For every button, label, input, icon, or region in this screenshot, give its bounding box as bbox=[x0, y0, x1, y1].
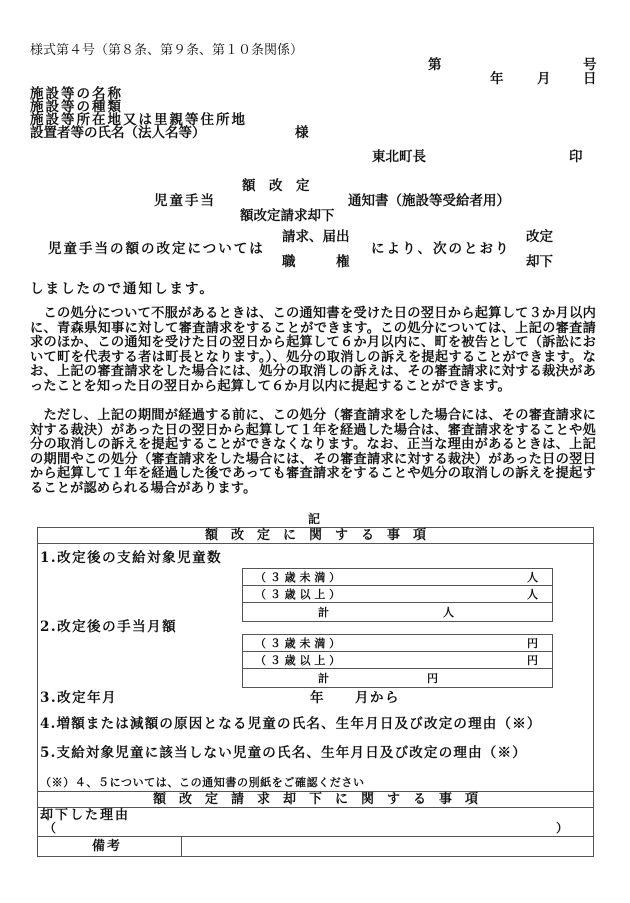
reason-paren-close: ） bbox=[556, 822, 568, 834]
lead-text-2: により、次のとおり bbox=[371, 243, 511, 257]
field-founder-name: 設置者等の氏名（法人名等） bbox=[30, 127, 206, 140]
row-divider bbox=[242, 651, 553, 652]
amount-over3-unit: 円 bbox=[527, 655, 538, 666]
lead-result-reject: 却下 bbox=[526, 256, 553, 270]
title-prefix: 児童手当 bbox=[154, 195, 216, 209]
item5-label: 5.支給対象児童に該当しない児童の氏名、生年月日及び改定の理由（※） bbox=[40, 747, 527, 761]
revision-header: 額 改 定 に 関 す る 事 項 bbox=[37, 529, 594, 542]
ki-label: 記 bbox=[308, 513, 320, 525]
revision-header-divider bbox=[37, 543, 594, 544]
row-divider bbox=[242, 602, 553, 603]
item1-label: 1.改定後の支給対象児童数 bbox=[40, 552, 222, 566]
item3-month-from: 月から bbox=[355, 692, 400, 706]
title-option-rejection: 額改定請求却下 bbox=[240, 210, 335, 224]
doc-number-prefix: 第 bbox=[428, 59, 442, 73]
item4-label: 4.増額または減額の原因となる児童の氏名、生年月日及び改定の理由（※） bbox=[40, 718, 542, 732]
remarks-label: 備考 bbox=[92, 840, 122, 853]
item2-label: 2.改定後の手当月額 bbox=[40, 621, 177, 635]
count-over3-label: （ ３ 歳 以 上 ） bbox=[255, 589, 340, 600]
title-suffix: 通知書（施設等受給者用） bbox=[348, 195, 510, 209]
lead-basis-request: 請求、届出 bbox=[282, 231, 350, 245]
appeal-paragraph-1: この処分について不服があるときは、この通知書を受けた日の翌日から起算して３か月以… bbox=[30, 307, 596, 395]
honorific: 様 bbox=[295, 127, 309, 141]
amount-total-label: 計 bbox=[318, 673, 329, 684]
row-divider bbox=[242, 585, 553, 586]
lead-text-1: 児童手当の額の改定については bbox=[48, 243, 265, 257]
row-divider bbox=[242, 668, 553, 669]
count-total-label: 計 bbox=[318, 607, 329, 618]
count-over3-unit: 人 bbox=[527, 589, 538, 600]
date-day: 日 bbox=[583, 73, 597, 87]
footnote: （※）４、５については、この通知書の別紙をご確認ください bbox=[40, 777, 365, 788]
amount-total-unit: 円 bbox=[427, 673, 438, 684]
amount-over3-label: （ ３ 歳 以 上 ） bbox=[255, 655, 340, 666]
count-under3-unit: 人 bbox=[527, 572, 538, 583]
reason-paren-open: （ bbox=[44, 822, 56, 834]
lead-basis-authority: 職 権 bbox=[282, 256, 350, 270]
rejection-reason-divider bbox=[37, 836, 594, 837]
date-month: 月 bbox=[537, 73, 551, 87]
amount-under3-label: （ ３ 歳 未 満 ） bbox=[255, 638, 340, 649]
date-year: 年 bbox=[490, 73, 504, 87]
count-under3-label: （ ３ 歳 未 満 ） bbox=[255, 572, 340, 583]
issuer-seal: 印 bbox=[569, 151, 583, 165]
count-total-unit: 人 bbox=[443, 607, 454, 618]
lead-text-3: しましたので通知します。 bbox=[30, 283, 215, 297]
remarks-field[interactable] bbox=[185, 838, 589, 854]
rejection-header: 額 改 定 請 求 却 下 に 関 す る 事 項 bbox=[37, 793, 594, 806]
remarks-divider bbox=[181, 836, 182, 857]
item3-label: 3.改定年月 bbox=[40, 692, 117, 706]
appeal-paragraph-2: ただし、上記の期間が経過する前に、この処分（審査請求をした場合には、その審査請求… bbox=[30, 409, 596, 497]
lead-result-revise: 改定 bbox=[526, 231, 553, 245]
issuer-title: 東北町長 bbox=[372, 151, 426, 165]
amount-under3-unit: 円 bbox=[527, 638, 538, 649]
form-number: 様式第４号（第８条、第９条、第１０条関係） bbox=[30, 44, 303, 57]
title-option-revision: 額 改 定 bbox=[242, 180, 310, 194]
item3-year: 年 bbox=[310, 692, 325, 706]
